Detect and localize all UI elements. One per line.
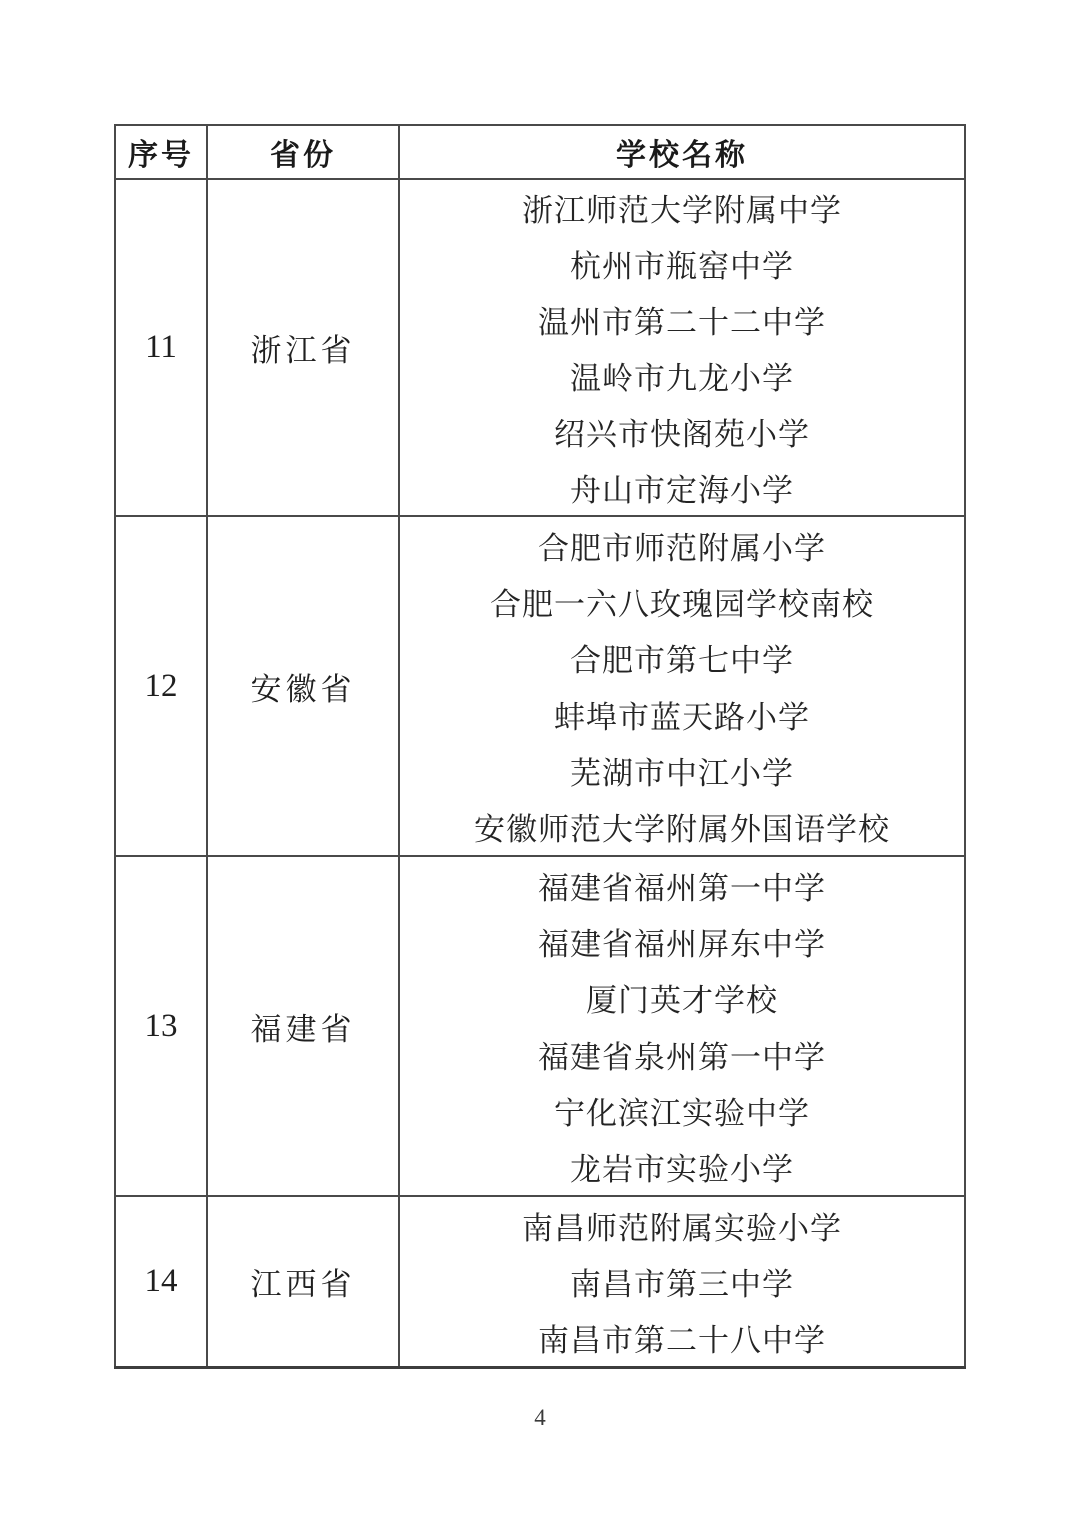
row-schools-cell: 南昌师范附属实验小学 南昌市第三中学 南昌市第二十八中学 <box>399 1196 965 1368</box>
school-name: 福建省福州第一中学 <box>400 857 964 913</box>
school-name: 福建省福州屏东中学 <box>400 913 964 969</box>
school-name: 温州市第二十二中学 <box>400 292 964 348</box>
school-list: 南昌师范附属实验小学 南昌市第三中学 南昌市第二十八中学 <box>400 1197 964 1366</box>
school-name: 温岭市九龙小学 <box>400 347 964 403</box>
school-name: 绍兴市快阁苑小学 <box>400 403 964 459</box>
row-serial-number: 13 <box>115 856 207 1196</box>
row-province: 安徽省 <box>207 516 399 856</box>
school-name: 安徽师范大学附属外国语学校 <box>400 799 964 855</box>
table-row: 13 福建省 福建省福州第一中学 福建省福州屏东中学 厦门英才学校 福建省泉州第… <box>115 856 965 1196</box>
school-name: 福建省泉州第一中学 <box>400 1026 964 1082</box>
school-name: 厦门英才学校 <box>400 970 964 1026</box>
school-name: 舟山市定海小学 <box>400 459 964 515</box>
school-name: 宁化滨江实验中学 <box>400 1082 964 1138</box>
school-list: 合肥市师范附属小学 合肥一六八玫瑰园学校南校 合肥市第七中学 蚌埠市蓝天路小学 … <box>400 517 964 855</box>
row-schools-cell: 合肥市师范附属小学 合肥一六八玫瑰园学校南校 合肥市第七中学 蚌埠市蓝天路小学 … <box>399 516 965 856</box>
row-serial-number: 14 <box>115 1196 207 1368</box>
row-schools-cell: 浙江师范大学附属中学 杭州市瓶窑中学 温州市第二十二中学 温岭市九龙小学 绍兴市… <box>399 179 965 516</box>
table-row: 14 江西省 南昌师范附属实验小学 南昌市第三中学 南昌市第二十八中学 <box>115 1196 965 1368</box>
school-name: 龙岩市实验小学 <box>400 1139 964 1195</box>
row-province: 浙江省 <box>207 179 399 516</box>
school-name: 南昌市第三中学 <box>400 1253 964 1309</box>
row-province: 福建省 <box>207 856 399 1196</box>
school-name: 合肥市第七中学 <box>400 630 964 686</box>
school-name: 杭州市瓶窑中学 <box>400 236 964 292</box>
page-number: 4 <box>0 1405 1080 1431</box>
row-province: 江西省 <box>207 1196 399 1368</box>
header-province: 省份 <box>207 125 399 179</box>
row-serial-number: 11 <box>115 179 207 516</box>
school-name: 合肥市师范附属小学 <box>400 517 964 573</box>
school-name: 南昌师范附属实验小学 <box>400 1197 964 1253</box>
table-row: 11 浙江省 浙江师范大学附属中学 杭州市瓶窑中学 温州市第二十二中学 温岭市九… <box>115 179 965 516</box>
header-serial-number: 序号 <box>115 125 207 179</box>
school-list-table: 序号 省份 学校名称 11 浙江省 浙江师范大学附属中学 杭州市瓶窑中学 温州市… <box>114 124 966 1369</box>
school-name: 合肥一六八玫瑰园学校南校 <box>400 573 964 629</box>
school-list: 福建省福州第一中学 福建省福州屏东中学 厦门英才学校 福建省泉州第一中学 宁化滨… <box>400 857 964 1195</box>
school-name: 浙江师范大学附属中学 <box>400 180 964 236</box>
school-list: 浙江师范大学附属中学 杭州市瓶窑中学 温州市第二十二中学 温岭市九龙小学 绍兴市… <box>400 180 964 515</box>
school-name: 南昌市第二十八中学 <box>400 1310 964 1366</box>
row-serial-number: 12 <box>115 516 207 856</box>
school-name: 芜湖市中江小学 <box>400 742 964 798</box>
header-school-name: 学校名称 <box>399 125 965 179</box>
row-schools-cell: 福建省福州第一中学 福建省福州屏东中学 厦门英才学校 福建省泉州第一中学 宁化滨… <box>399 856 965 1196</box>
school-name: 蚌埠市蓝天路小学 <box>400 686 964 742</box>
document-page: 序号 省份 学校名称 11 浙江省 浙江师范大学附属中学 杭州市瓶窑中学 温州市… <box>0 0 1080 1527</box>
table-header-row: 序号 省份 学校名称 <box>115 125 965 179</box>
table-row: 12 安徽省 合肥市师范附属小学 合肥一六八玫瑰园学校南校 合肥市第七中学 蚌埠… <box>115 516 965 856</box>
